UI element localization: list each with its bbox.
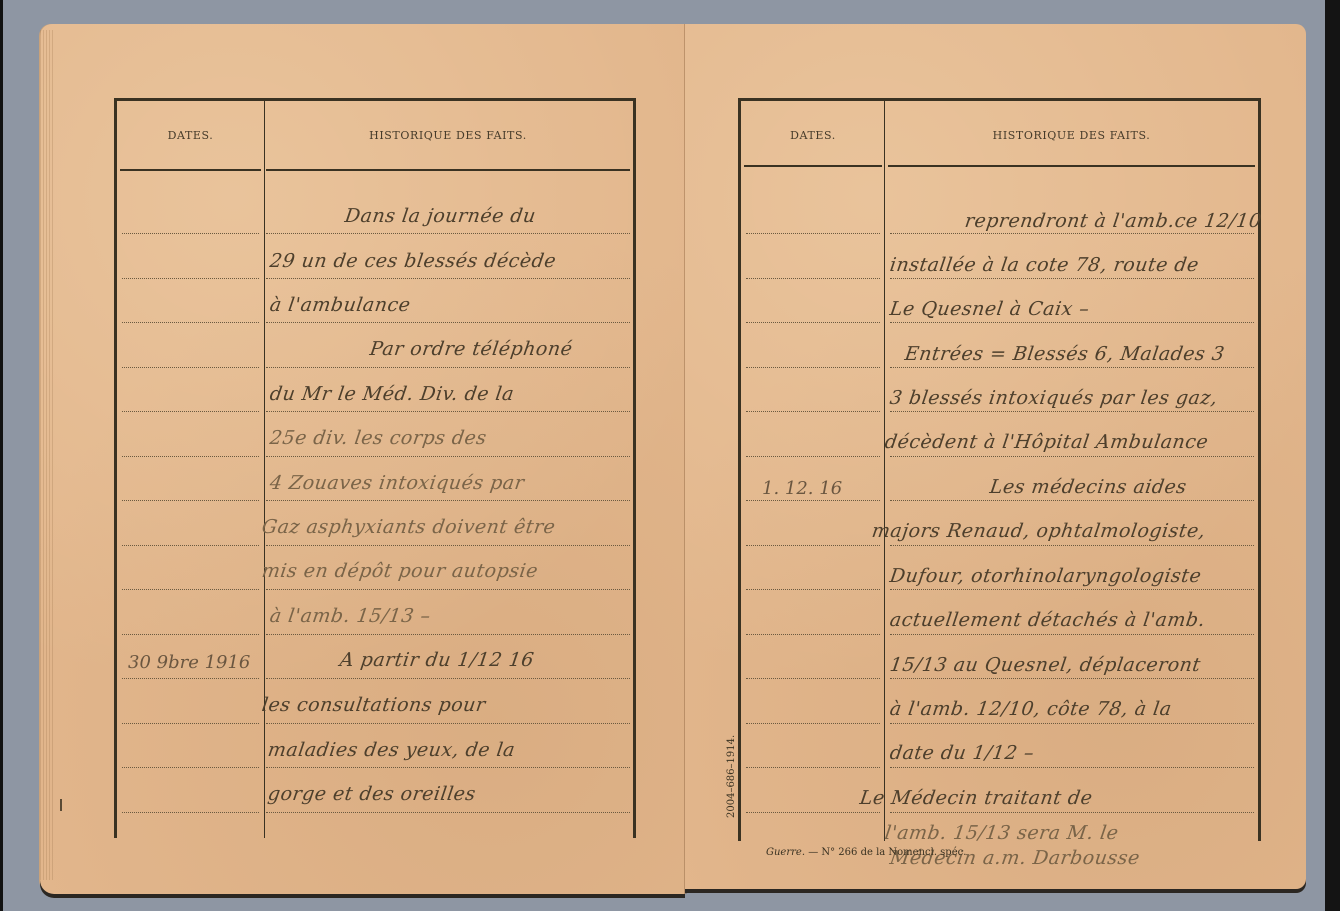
left-line-10: à l'amb. 15/13 – — [268, 605, 432, 627]
left-line-6: 25e div. les corps des — [268, 427, 488, 449]
left-dates-rule — [122, 500, 259, 501]
right-line-7: Les médecins aides — [988, 476, 1188, 498]
right-dates-rule — [746, 411, 880, 412]
left-dates-rule — [122, 367, 259, 368]
right-line-10: actuellement détachés à l'amb. — [888, 609, 1206, 631]
right-hist-rule — [890, 367, 1254, 368]
left-line-12: les consultations pour — [260, 694, 487, 716]
left-dates-header-rule — [120, 169, 261, 171]
left-hist-rule — [266, 456, 630, 457]
left-hist-rule — [266, 589, 630, 590]
left-hist-rule — [266, 233, 630, 234]
right-hist-rule — [890, 678, 1254, 679]
right-hist-rule — [890, 812, 1254, 813]
page-stack-edges — [40, 30, 54, 880]
right-line-6: décèdent à l'Hôpital Ambulance — [883, 431, 1209, 453]
right-line-3: Le Quesnel à Caix – — [888, 298, 1090, 320]
right-hist-rule — [890, 278, 1254, 279]
right-dates-rule — [746, 634, 880, 635]
left-dates-rule — [122, 278, 259, 279]
left-dates-rule — [122, 233, 259, 234]
right-dates-header-rule — [744, 165, 882, 167]
left-dates-rule — [122, 411, 259, 412]
left-dates-rule — [122, 767, 259, 768]
right-historique-header: HISTORIQUE DES FAITS. — [888, 129, 1255, 142]
right-hist-rule — [890, 589, 1254, 590]
left-dates-rule — [122, 589, 259, 590]
left-line-11: A partir du 1/12 16 — [338, 649, 535, 671]
right-line-15: l'amb. 15/13 sera M. le — [883, 822, 1120, 844]
right-date-1-dec-1916: 1. 12. 16 — [762, 478, 842, 499]
left-hist-rule — [266, 411, 630, 412]
print-code-vertical: 2004–686–1914. — [726, 735, 737, 818]
left-hist-rule — [266, 678, 630, 679]
left-dates-rule — [122, 812, 259, 813]
right-dates-header: DATES. — [744, 129, 882, 142]
left-line-5: du Mr le Méd. Div. de la — [268, 383, 515, 405]
left-date-30-nov-1916: 30 9bre 1916 — [128, 652, 250, 673]
right-hist-rule — [890, 634, 1254, 635]
right-dates-rule — [746, 233, 880, 234]
left-line-14: gorge et des oreilles — [266, 783, 477, 805]
left-hist-header-rule — [266, 169, 630, 171]
left-hist-rule — [266, 634, 630, 635]
left-hist-rule — [266, 322, 630, 323]
left-dates-rule — [122, 723, 259, 724]
left-hist-rule — [266, 767, 630, 768]
right-line-12: à l'amb. 12/10, côte 78, à la — [888, 698, 1173, 720]
left-dates-rule — [122, 545, 259, 546]
right-hist-rule — [890, 233, 1254, 234]
right-dates-rule — [746, 456, 880, 457]
right-line-8: majors Renaud, ophtalmologiste, — [870, 520, 1206, 542]
right-dates-rule — [746, 322, 880, 323]
left-line-8: Gaz asphyxiants doivent être — [260, 516, 556, 538]
dates-column-divider — [884, 101, 885, 841]
left-hist-rule — [266, 500, 630, 501]
right-dates-rule — [746, 500, 880, 501]
right-line-2: installée à la cote 78, route de — [888, 254, 1200, 276]
left-dates-rule — [122, 678, 259, 679]
right-line-13: date du 1/12 – — [888, 742, 1035, 764]
right-line-1: reprendront à l'amb.ce 12/10 — [963, 210, 1263, 232]
left-dates-rule — [122, 456, 259, 457]
binding-mark — [60, 799, 62, 811]
left-dates-rule — [122, 634, 259, 635]
right-hist-header-rule — [888, 165, 1255, 167]
left-hist-rule — [266, 723, 630, 724]
right-dates-rule — [746, 767, 880, 768]
left-hist-rule — [266, 545, 630, 546]
right-hist-rule — [890, 767, 1254, 768]
right-dates-rule — [746, 278, 880, 279]
dates-column-divider — [264, 101, 265, 838]
right-dates-rule — [746, 589, 880, 590]
right-dates-rule — [746, 545, 880, 546]
right-line-14: Le Médecin traitant de — [858, 787, 1093, 809]
right-dates-rule — [746, 723, 880, 724]
left-line-9: mis en dépôt pour autopsie — [260, 560, 539, 582]
left-line-1: Dans la journée du — [343, 205, 537, 227]
printer-footer: Guerre. — N° 266 de la Nomencl. spéc. — [766, 847, 966, 858]
left-hist-rule — [266, 367, 630, 368]
right-hist-rule — [890, 500, 1254, 501]
left-dates-rule — [122, 322, 259, 323]
right-line-4: Entrées = Blessés 6, Malades 3 — [903, 343, 1226, 365]
left-line-3: à l'ambulance — [268, 294, 412, 316]
left-line-7: 4 Zouaves intoxiqués par — [268, 472, 525, 494]
right-hist-rule — [890, 545, 1254, 546]
scanner-edge-right — [1325, 0, 1340, 911]
left-line-2: 29 un de ces blessés décède — [268, 250, 557, 272]
right-hist-rule — [890, 411, 1254, 412]
scanner-edge-left — [0, 0, 3, 911]
right-hist-rule — [890, 322, 1254, 323]
right-line-5: 3 blessés intoxiqués par les gaz, — [888, 387, 1219, 409]
left-hist-rule — [266, 812, 630, 813]
left-line-13: maladies des yeux, de la — [266, 739, 516, 761]
right-dates-rule — [746, 812, 880, 813]
left-dates-header: DATES. — [120, 129, 261, 142]
right-hist-rule — [890, 456, 1254, 457]
left-hist-rule — [266, 278, 630, 279]
right-hist-rule — [890, 723, 1254, 724]
left-line-4: Par ordre téléphoné — [368, 338, 574, 360]
right-line-11: 15/13 au Quesnel, déplaceront — [888, 654, 1202, 676]
right-dates-rule — [746, 678, 880, 679]
left-historique-header: HISTORIQUE DES FAITS. — [266, 129, 630, 142]
right-line-9: Dufour, otorhinolaryngologiste — [888, 565, 1202, 587]
right-dates-rule — [746, 367, 880, 368]
